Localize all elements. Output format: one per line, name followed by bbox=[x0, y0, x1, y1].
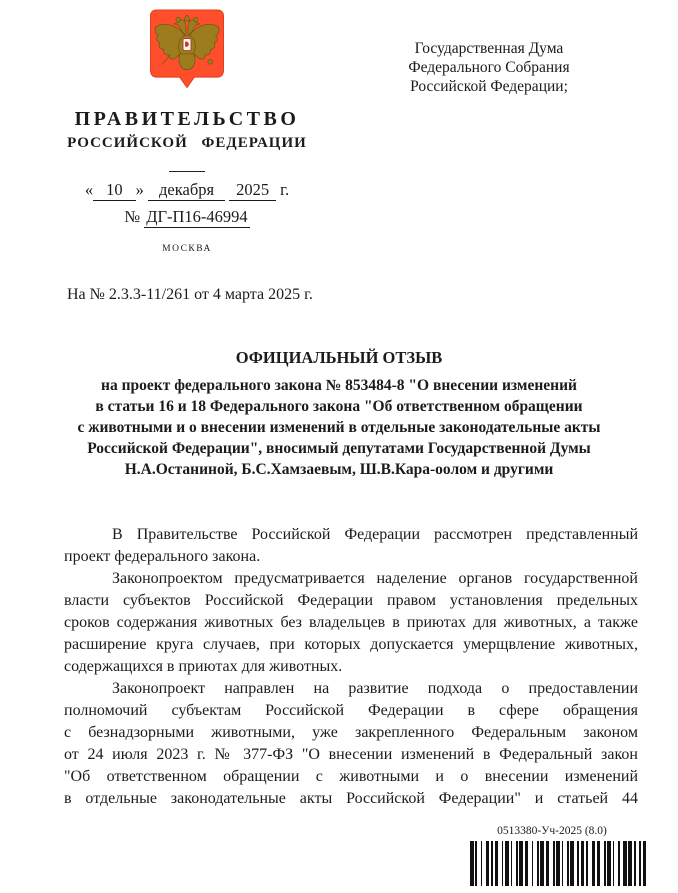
body-line: с безнадзорными животными, уже закреплен… bbox=[64, 722, 638, 744]
body-line: содержащихся в приютах для животных. bbox=[64, 656, 638, 678]
document-title: ОФИЦИАЛЬНЫЙ ОТЗЫВ bbox=[49, 348, 629, 368]
subtitle-line: Н.А.Останиной, Б.С.Хамзаевым, Ш.В.Кара-о… bbox=[49, 459, 629, 480]
city-label: МОСКВА bbox=[53, 244, 321, 254]
date-line: «10» декабря2025г. bbox=[53, 180, 321, 201]
addressee-line: Государственная Дума bbox=[396, 39, 582, 58]
body-line: расширение круга случаев, при которых до… bbox=[64, 634, 638, 656]
addressee-line: Федерального Собрания bbox=[396, 58, 582, 77]
document-subtitle: на проект федерального закона № 853484-8… bbox=[49, 375, 629, 480]
barcode-label: 0513380-Уч-2025 (8.0) bbox=[452, 825, 652, 837]
russia-coat-of-arms bbox=[149, 8, 225, 92]
barcode bbox=[470, 841, 646, 886]
body-line: В Правительстве Российской Федерации рас… bbox=[64, 524, 638, 546]
date-open-quote: « bbox=[85, 180, 93, 199]
body-line: в отдельные законодательные акты Российс… bbox=[64, 788, 638, 810]
date-day: 10 bbox=[93, 181, 136, 201]
subtitle-line: Российской Федерации", вносимый депутата… bbox=[49, 438, 629, 459]
body-line: "Об ответственном обращении с животными … bbox=[64, 766, 638, 788]
title-block: ОФИЦИАЛЬНЫЙ ОТЗЫВ на проект федерального… bbox=[49, 348, 629, 480]
body-line: Законопроект направлен на развитие подхо… bbox=[64, 678, 638, 700]
org-name-line1: ПРАВИТЕЛЬСТВО bbox=[53, 108, 321, 131]
body-text: В Правительстве Российской Федерации рас… bbox=[64, 524, 638, 810]
addressee-line: Российской Федерации; bbox=[396, 77, 582, 96]
document-number-line: № ДГ-П16-46994 bbox=[53, 207, 321, 228]
subtitle-line: с животными и о внесении изменений в отд… bbox=[49, 417, 629, 438]
date-month: декабря bbox=[148, 181, 225, 201]
body-line: власти субъектов Российской Федерации пр… bbox=[64, 590, 638, 612]
divider-line bbox=[169, 171, 205, 172]
letterhead: ПРАВИТЕЛЬСТВО РОССИЙСКОЙ ФЕДЕРАЦИИ «10» … bbox=[53, 8, 321, 254]
document-number: ДГ-П16-46994 bbox=[144, 208, 249, 228]
barcode-bar bbox=[643, 841, 647, 886]
document-page: ПРАВИТЕЛЬСТВО РОССИЙСКОЙ ФЕДЕРАЦИИ «10» … bbox=[0, 0, 678, 893]
subtitle-line: в статьи 16 и 18 Федерального закона "Об… bbox=[49, 396, 629, 417]
org-name-line2: РОССИЙСКОЙ ФЕДЕРАЦИИ bbox=[53, 135, 321, 152]
addressee-block: Государственная Дума Федерального Собран… bbox=[396, 39, 582, 96]
date-suffix: г. bbox=[280, 180, 289, 199]
number-sign: № bbox=[124, 207, 140, 226]
body-line: полномочий субъектам Российской Федераци… bbox=[64, 700, 638, 722]
body-line: проект федерального закона. bbox=[64, 546, 638, 568]
date-year: 2025 bbox=[229, 181, 276, 201]
date-close-quote: » bbox=[136, 180, 144, 199]
subtitle-line: на проект федерального закона № 853484-8… bbox=[49, 375, 629, 396]
body-line: сроков содержания животных без владельце… bbox=[64, 612, 638, 634]
reference-line: На № 2.3.3-11/261 от 4 марта 2025 г. bbox=[67, 286, 313, 304]
body-line: Законопроектом предусматривается наделен… bbox=[64, 568, 638, 590]
body-line: от 24 июля 2023 г. № 377-ФЗ "О внесении … bbox=[64, 744, 638, 766]
